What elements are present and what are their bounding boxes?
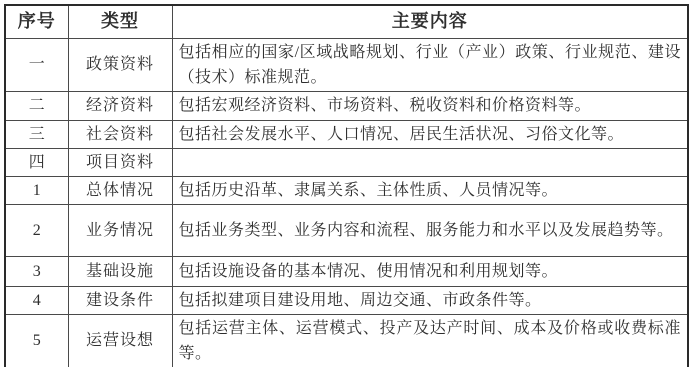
row-type-cell: 建设条件 [68, 286, 172, 314]
row-number-cell: 3 [5, 256, 68, 286]
table-row: 2 业务情况 包括业务类型、业务内容和流程、服务能力和水平以及发展趋势等。 [5, 204, 688, 256]
table-header-row: 序号 类型 主要内容 [5, 5, 688, 38]
table-row: 一 政策资料 包括相应的国家/区域战略规划、行业（产业）政策、行业规范、建设（技… [5, 38, 688, 91]
row-content-cell: 包括运营主体、运营模式、投产及达产时间、成本及价格或收费标准等。 [172, 314, 688, 367]
row-type-cell: 社会资料 [68, 120, 172, 148]
row-content-cell: 包括设施设备的基本情况、使用情况和利用规划等。 [172, 256, 688, 286]
table-row: 1 总体情况 包括历史沿革、隶属关系、主体性质、人员情况等。 [5, 176, 688, 204]
column-header-type: 类型 [68, 5, 172, 38]
table-row: 四 项目资料 [5, 148, 688, 176]
row-content-cell: 包括历史沿革、隶属关系、主体性质、人员情况等。 [172, 176, 688, 204]
row-type-cell: 基础设施 [68, 256, 172, 286]
row-content-cell: 包括业务类型、业务内容和流程、服务能力和水平以及发展趋势等。 [172, 204, 688, 256]
row-number-cell: 四 [5, 148, 68, 176]
table-row: 3 基础设施 包括设施设备的基本情况、使用情况和利用规划等。 [5, 256, 688, 286]
row-content-cell: 包括拟建项目建设用地、周边交通、市政条件等。 [172, 286, 688, 314]
row-content-cell [172, 148, 688, 176]
row-content-cell: 包括宏观经济资料、市场资料、税收资料和价格资料等。 [172, 91, 688, 120]
row-content-cell: 包括相应的国家/区域战略规划、行业（产业）政策、行业规范、建设（技术）标准规范。 [172, 38, 688, 91]
row-type-cell: 经济资料 [68, 91, 172, 120]
column-header-index: 序号 [5, 5, 68, 38]
row-number-cell: 三 [5, 120, 68, 148]
table-row: 二 经济资料 包括宏观经济资料、市场资料、税收资料和价格资料等。 [5, 91, 688, 120]
row-number-cell: 2 [5, 204, 68, 256]
row-number-cell: 1 [5, 176, 68, 204]
table-row: 4 建设条件 包括拟建项目建设用地、周边交通、市政条件等。 [5, 286, 688, 314]
table-row: 5 运营设想 包括运营主体、运营模式、投产及达产时间、成本及价格或收费标准等。 [5, 314, 688, 367]
document-page: 序号 类型 主要内容 一 政策资料 包括相应的国家/区域战略规划、行业（产业）政… [0, 0, 700, 367]
column-header-main-content: 主要内容 [172, 5, 688, 38]
row-number-cell: 4 [5, 286, 68, 314]
table-row: 三 社会资料 包括社会发展水平、人口情况、居民生活状况、习俗文化等。 [5, 120, 688, 148]
info-types-table: 序号 类型 主要内容 一 政策资料 包括相应的国家/区域战略规划、行业（产业）政… [4, 4, 689, 367]
row-type-cell: 总体情况 [68, 176, 172, 204]
row-number-cell: 5 [5, 314, 68, 367]
row-type-cell: 运营设想 [68, 314, 172, 367]
row-type-cell: 政策资料 [68, 38, 172, 91]
row-type-cell: 业务情况 [68, 204, 172, 256]
row-type-cell: 项目资料 [68, 148, 172, 176]
row-number-cell: 一 [5, 38, 68, 91]
row-number-cell: 二 [5, 91, 68, 120]
row-content-cell: 包括社会发展水平、人口情况、居民生活状况、习俗文化等。 [172, 120, 688, 148]
